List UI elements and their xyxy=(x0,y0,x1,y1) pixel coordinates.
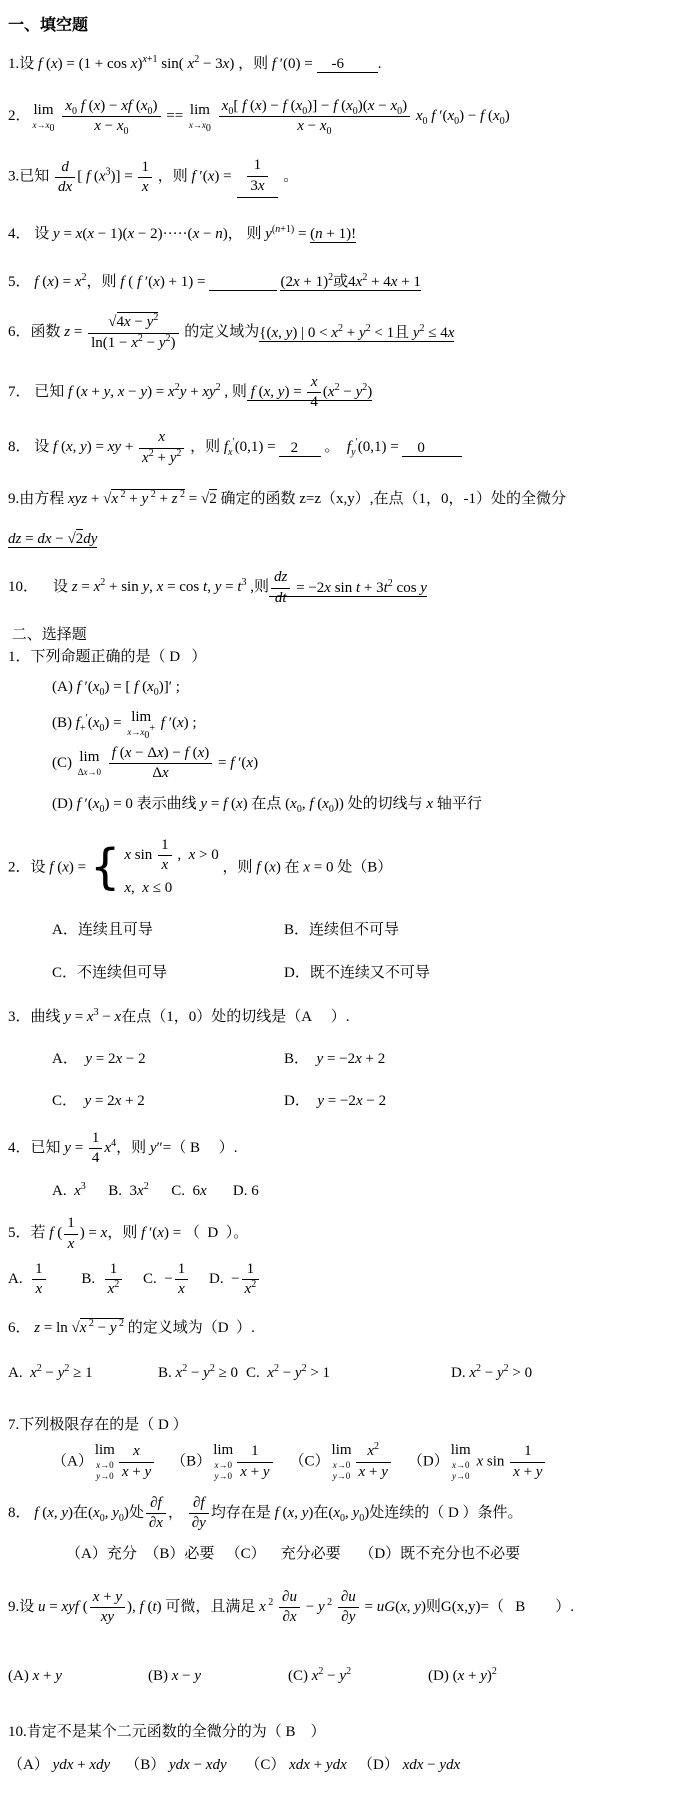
section-1-heading: 一、填空题 xyxy=(8,14,670,36)
choice-q6-stem: 6． z = ln √x 2 − y 2 的定义域为（D ）. xyxy=(8,1318,670,1338)
fill-q1-answer: -6 xyxy=(317,56,378,73)
fill-q9-answer: dz = dx − √2dy xyxy=(8,529,670,549)
choice-q9-options: (A) x + y(B) x − y(C) x2 − y2(D) (x + y)… xyxy=(8,1666,670,1686)
choice-q5-options: A. 1x B. 1x2 C. −1x D. −1x2 xyxy=(8,1261,670,1299)
choice-q7-options: （A）limx→0y→0xx + y （B）limx→0y→01x + y （C… xyxy=(8,1443,670,1481)
fill-q5-answer: (2x + 1)2或4x2 + 4x + 1 xyxy=(280,274,420,291)
fill-q7: 7． 已知 f (x + y, x − y) = x2y + xy2 , 则 f… xyxy=(8,374,670,412)
fill-q8-answer-y: 0 xyxy=(402,440,462,457)
exam-page: 一、填空题1.设 f (x) = (1 + cos x)x+1 sin( x2 … xyxy=(0,0,678,1805)
fill-q2: 2．limx→x0 x0 f (x) − xf (x0)x − x0 == li… xyxy=(8,98,670,136)
choice-q4-stem: 4．已知 y = 14x4，则 y″=（ B ）. xyxy=(8,1130,670,1168)
fill-q5: 5． f (x) = x2，则 f ( f ′(x) + 1) = (2x + … xyxy=(8,272,670,292)
choice-q10-stem: 10.肯定不是某个二元函数的全微分的为（ B ） xyxy=(8,1722,670,1742)
choice-q8-options: （A）充分 （B）必要 （C） 充分必要 （D）既不充分也不必要 xyxy=(8,1544,670,1564)
fill-q1: 1.设 f (x) = (1 + cos x)x+1 sin( x2 − 3x)… xyxy=(8,54,670,74)
choice-q4-options: A. x3 B. 3x2 C. 6x D. 6 xyxy=(8,1181,670,1201)
choice-q7-stem: 7.下列极限存在的是（ D ） xyxy=(8,1415,670,1435)
choice-q2-options-ab: A．连续且可导B．连续但不可导 xyxy=(8,920,670,940)
fill-q4: 4． 设 y = x(x − 1)(x − 2)·····(x − n)， 则 … xyxy=(8,224,670,244)
choice-q1-option-c: (C) limΔx→0 f (x − Δx) − f (x)Δx = f ′(x… xyxy=(8,745,670,783)
choice-q5-stem: 5．若 f (1x) = x，则 f ′(x) = （ D ）。 xyxy=(8,1215,670,1253)
fill-q8-answer-x: 2 xyxy=(279,440,320,457)
choice-q10-options: （A） ydx + xdy （B） ydx − xdy （C） xdx + yd… xyxy=(8,1755,670,1775)
choice-q2-options-cd: C．不连续但可导D．既不连续又不可导 xyxy=(8,963,670,983)
section-2-heading: 二、选择题 xyxy=(8,625,670,645)
choice-q1-stem: 1．下列命题正确的是（ D ） xyxy=(8,647,670,667)
fill-q10-answer: dzdt = −2x sin t + 3t2 cos y xyxy=(269,580,427,597)
fill-q8: 8． 设 f (x, y) = xy + xx2 + y2 ，则 fx′(0,1… xyxy=(8,429,670,467)
fill-q10: 10． 设 z = x2 + sin y, x = cos t, y = t3 … xyxy=(8,569,670,607)
fill-q7-answer: f (x, y) = x4(x2 − y2) xyxy=(247,384,372,401)
choice-q1-option-d: (D) f ′(x0) = 0 表示曲线 y = f (x) 在点 (x0, f… xyxy=(8,794,670,814)
fill-q2-answer: x0 f ′(x0) − f (x0) xyxy=(416,108,510,124)
fill-q3: 3.已知 ddx[ f (x3)] = 1x ，则 f ′(x) = 13x 。 xyxy=(8,157,670,198)
choice-q9-stem: 9.设 u = xyf (x + yxy), f (t) 可微，且满足 x 2 … xyxy=(8,1589,670,1627)
fill-q4-answer: (n + 1)! xyxy=(310,226,356,243)
fill-q6: 6．函数 z = √4x − y2ln(1 − x2 − y2) 的定义域为{(… xyxy=(8,314,670,352)
fill-q3-answer: 13x xyxy=(237,157,277,198)
choice-q2-stem: 2．设 f (x) = {x sin 1x , x > 0x, x ≤ 0 ，则… xyxy=(8,835,670,901)
choice-q3-options-cd: C． y = 2x + 2D． y = −2x − 2 xyxy=(8,1091,670,1111)
choice-q1-option-a: (A) f ′(x0) = [ f (x0)]′ ; xyxy=(8,677,670,697)
choice-q1-option-b: (B) f+′(x0) = limx→x0+ f ′(x) ; xyxy=(8,710,670,737)
choice-q3-stem: 3．曲线 y = x3 − x在点（1，0）处的切线是（A ）. xyxy=(8,1007,670,1027)
fill-q6-answer: {(x, y) | 0 < x2 + y2 < 1且 y2 ≤ 4x xyxy=(259,325,454,342)
fill-q9: 9.由方程 xyz + √x 2 + y 2 + z 2 = √2 确定的函数 … xyxy=(8,489,670,509)
exam-document: 一、填空题1.设 f (x) = (1 + cos x)x+1 sin( x2 … xyxy=(0,0,678,1805)
choice-q6-options: A. x2 − y2 ≥ 1B. x2 − y2 ≥ 0C. x2 − y2 >… xyxy=(8,1363,670,1383)
choice-q8-stem: 8． f (x, y)在(x0, y0)处∂f∂x， ∂f∂y均存在是 f (x… xyxy=(8,1495,670,1533)
choice-q3-options-ab: A． y = 2x − 2B． y = −2x + 2 xyxy=(8,1049,670,1069)
fill-q9-answer-text: dz = dx − √2dy xyxy=(8,531,97,548)
